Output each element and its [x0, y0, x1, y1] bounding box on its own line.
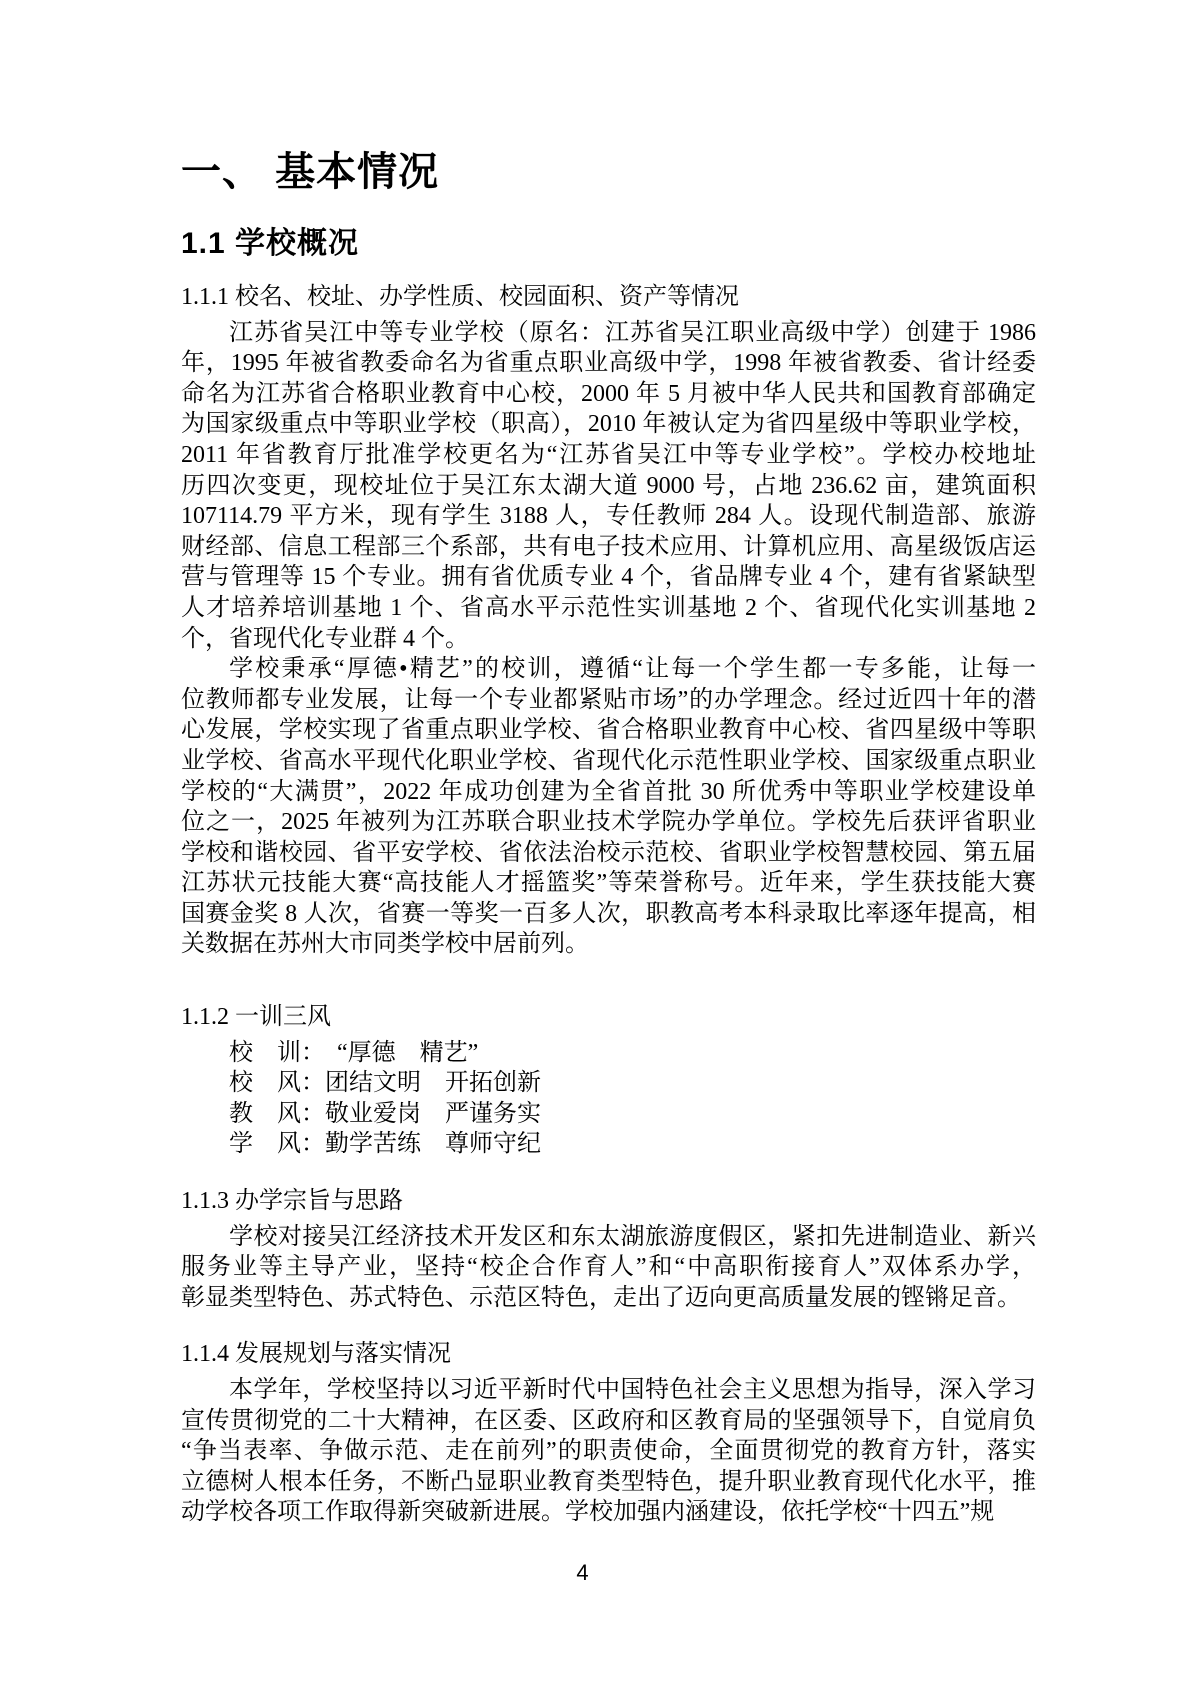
- section-heading: 1.1 学校概况: [181, 226, 1036, 262]
- text-line: 命名为江苏省合格职业教育中心校，2000 年 5 月被中华人民共和国教育部确定: [181, 379, 1036, 410]
- text-line: 立德树人根本任务，不断凸显职业教育类型特色，提升职业教育现代化水平，推: [181, 1467, 1036, 1498]
- text-line: 业学校、省高水平现代化职业学校、省现代化示范性职业学校、国家级重点职业: [181, 746, 1036, 777]
- text-line: 校 风：团结文明 开拓创新: [181, 1068, 1036, 1099]
- text-line: 江苏省吴江中等专业学校（原名：江苏省吴江职业高级中学）创建于 1986: [181, 318, 1036, 349]
- text-line: 国赛金奖 8 人次，省赛一等奖一百多人次，职教高考本科录取比率逐年提高，相: [181, 899, 1036, 930]
- subsection-1-1-1-heading: 1.1.1 校名、校址、办学性质、校园面积、资产等情况: [181, 282, 1036, 313]
- subsection-1-1-2-heading: 1.1.2 一训三风: [181, 1002, 1036, 1033]
- paragraph-school-history: 江苏省吴江中等专业学校（原名：江苏省吴江职业高级中学）创建于 1986年，199…: [181, 318, 1036, 655]
- page-number: 4: [0, 1560, 1165, 1586]
- text-line: 位教师都专业发展，让每一个专业都紧贴市场”的办学理念。经过近四十年的潜: [181, 685, 1036, 716]
- subsection-1-1-3-heading: 1.1.3 办学宗旨与思路: [181, 1186, 1036, 1217]
- text-line: “争当表率、争做示范、走在前列”的职责使命，全面贯彻党的教育方针，落实: [181, 1436, 1036, 1467]
- document-page: 一、 基本情况 1.1 学校概况 1.1.1 校名、校址、办学性质、校园面积、资…: [0, 0, 1191, 1684]
- text-line: 2011 年省教育厅批准学校更名为“江苏省吴江中等专业学校”。学校办校地址: [181, 440, 1036, 471]
- text-line: 本学年，学校坚持以习近平新时代中国特色社会主义思想为指导，深入学习: [181, 1375, 1036, 1406]
- paragraph-mission: 学校对接吴江经济技术开发区和东太湖旅游度假区，紧扣先进制造业、新兴服务业等主导产…: [181, 1222, 1036, 1314]
- text-line: 学 风：勤学苦练 尊师守纪: [181, 1129, 1036, 1160]
- text-line: 彰显类型特色、苏式特色、示范区特色，走出了迈向更高质量发展的铿锵足音。: [181, 1283, 1036, 1314]
- paragraph-development-plan: 本学年，学校坚持以习近平新时代中国特色社会主义思想为指导，深入学习宣传贯彻党的二…: [181, 1375, 1036, 1528]
- text-line: 动学校各项工作取得新突破新进展。学校加强内涵建设，依托学校“十四五”规: [181, 1497, 1036, 1528]
- text-line: 学校对接吴江经济技术开发区和东太湖旅游度假区，紧扣先进制造业、新兴: [181, 1222, 1036, 1253]
- text-line: 个，省现代化专业群 4 个。: [181, 624, 1036, 655]
- subsection-1-1-4-heading: 1.1.4 发展规划与落实情况: [181, 1339, 1036, 1370]
- text-line: 江苏状元技能大赛“高技能人才摇篮奖”等荣誉称号。近年来，学生获技能大赛: [181, 868, 1036, 899]
- text-line: 为国家级重点中等职业学校（职高），2010 年被认定为省四星级中等职业学校，: [181, 409, 1036, 440]
- paragraph-school-achievements: 学校秉承“厚德•精艺”的校训，遵循“让每一个学生都一专多能，让每一位教师都专业发…: [181, 654, 1036, 960]
- text-line: 历四次变更，现校址位于吴江东太湖大道 9000 号，占地 236.62 亩，建筑…: [181, 471, 1036, 502]
- text-line: 营与管理等 15 个专业。拥有省优质专业 4 个，省品牌专业 4 个，建有省紧缺…: [181, 562, 1036, 593]
- text-line: 教 风：敬业爱岗 严谨务实: [181, 1099, 1036, 1130]
- text-line: 年，1995 年被省教委命名为省重点职业高级中学，1998 年被省教委、省计经委: [181, 348, 1036, 379]
- text-line: 107114.79 平方米，现有学生 3188 人，专任教师 284 人。设现代…: [181, 501, 1036, 532]
- text-line: 位之一，2025 年被列为江苏联合职业技术学院办学单位。学校先后获评省职业: [181, 807, 1036, 838]
- text-line: 学校秉承“厚德•精艺”的校训，遵循“让每一个学生都一专多能，让每一: [181, 654, 1036, 685]
- text-line: 关数据在苏州大市同类学校中居前列。: [181, 929, 1036, 960]
- motto-list: 校 训： “厚德 精艺”校 风：团结文明 开拓创新教 风：敬业爱岗 严谨务实学 …: [181, 1038, 1036, 1160]
- text-line: 人才培养培训基地 1 个、省高水平示范性实训基地 2 个、省现代化实训基地 2: [181, 593, 1036, 624]
- text-line: 服务业等主导产业，坚持“校企合作育人”和“中高职衔接育人”双体系办学，: [181, 1252, 1036, 1283]
- text-line: 心发展，学校实现了省重点职业学校、省合格职业教育中心校、省四星级中等职: [181, 715, 1036, 746]
- text-line: 校 训： “厚德 精艺”: [181, 1038, 1036, 1069]
- text-line: 学校和谐校园、省平安学校、省依法治校示范校、省职业学校智慧校园、第五届: [181, 838, 1036, 869]
- text-line: 财经部、信息工程部三个系部，共有电子技术应用、计算机应用、高星级饭店运: [181, 532, 1036, 563]
- text-line: 宣传贯彻党的二十大精神，在区委、区政府和区教育局的坚强领导下，自觉肩负: [181, 1406, 1036, 1437]
- chapter-heading: 一、 基本情况: [181, 150, 1036, 194]
- text-line: 学校的“大满贯”，2022 年成功创建为全省首批 30 所优秀中等职业学校建设单: [181, 777, 1036, 808]
